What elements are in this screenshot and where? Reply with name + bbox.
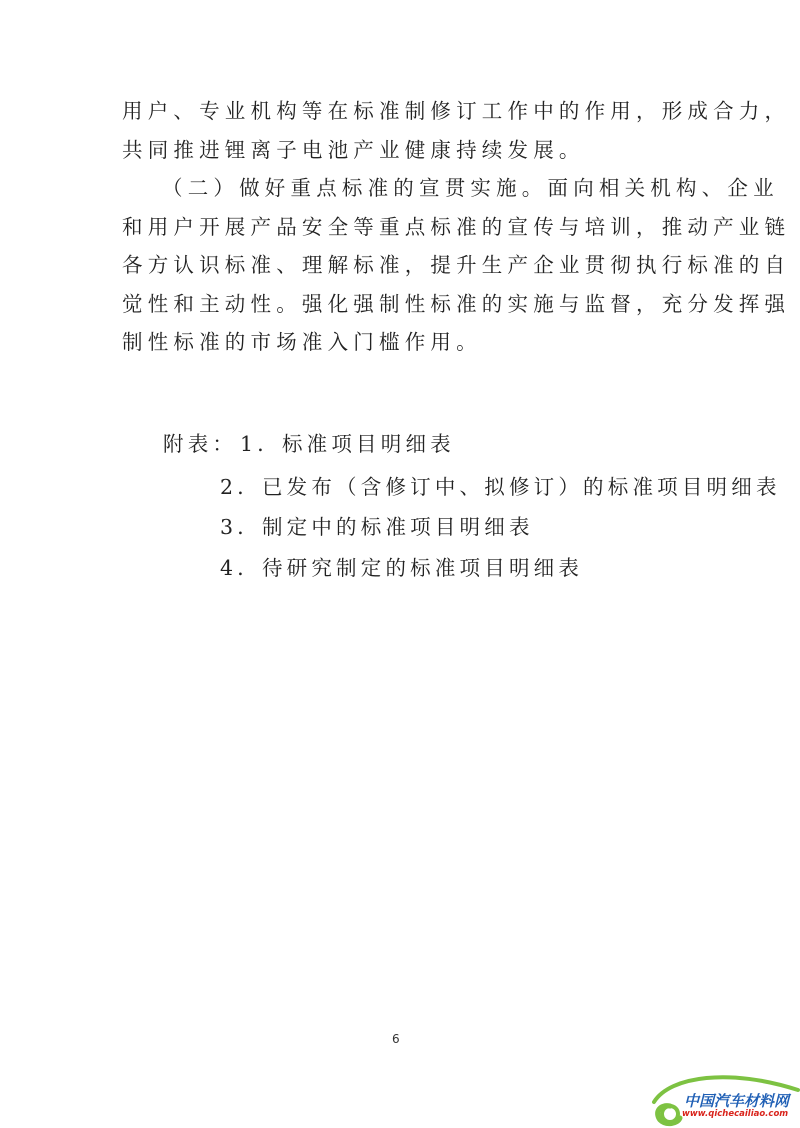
paragraph-line: 和用户开展产品安全等重点标准的宣传与培训，推动产业链 xyxy=(122,215,790,239)
paragraph-line: 共同推进锂离子电池产业健康持续发展。 xyxy=(122,138,585,162)
paragraph-line: 各方认识标准、理解标准，提升生产企业贯彻执行标准的自 xyxy=(122,253,790,277)
appendix-label: 附表： xyxy=(163,432,237,456)
appendix-item-2: 2．已发布（含修订中、拟修订）的标准项目明细表 xyxy=(220,475,781,499)
paragraph-line: 用户、专业机构等在标准制修订工作中的作用，形成合力， xyxy=(122,99,790,123)
appendix-item-1: 1．标准项目明细表 xyxy=(240,432,455,456)
watermark-name: 中国汽车材料网 xyxy=(684,1090,789,1111)
paragraph-line: 制性标准的市场准入门槛作用。 xyxy=(122,330,482,354)
watermark-logo: 中国汽车材料网 www.qichecailiao.com xyxy=(640,1068,800,1128)
paragraph-line: 觉性和主动性。强化强制性标准的实施与监督，充分发挥强 xyxy=(122,292,790,316)
appendix-item-3: 3．制定中的标准项目明细表 xyxy=(220,515,534,539)
document-page: 用户、专业机构等在标准制修订工作中的作用，形成合力， 共同推进锂离子电池产业健康… xyxy=(0,0,800,1128)
appendix-item-4: 4．待研究制定的标准项目明细表 xyxy=(220,556,583,580)
page-number: 6 xyxy=(392,1032,400,1046)
watermark-url: www.qichecailiao.com xyxy=(682,1109,788,1119)
section-heading-line: （二）做好重点标准的宣贯实施。面向相关机构、企业 xyxy=(162,176,779,200)
